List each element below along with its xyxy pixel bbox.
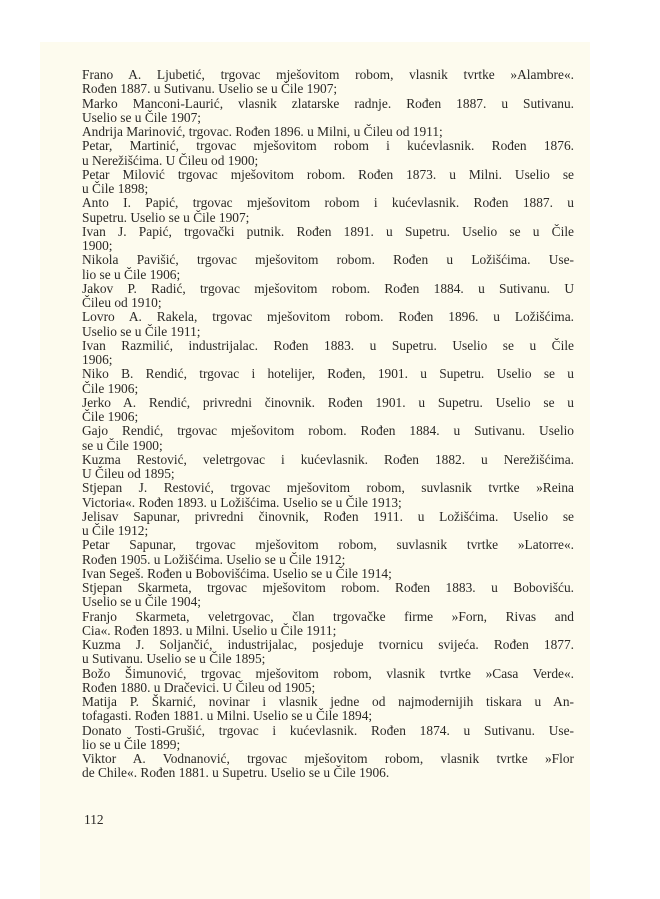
- entry-line: Lovro A. Rakela, trgovac mješovitom robo…: [82, 310, 574, 324]
- entry-paragraph: Kuzma J. Soljančić, industrijalac, posje…: [82, 638, 574, 667]
- entry-paragraph: Matija P. Škarnić, novinar i vlasnik jed…: [82, 695, 574, 724]
- entry-line: Matija P. Škarnić, novinar i vlasnik jed…: [82, 695, 574, 709]
- entry-line: tofagasti. Rođen 1881. u Milni. Uselio s…: [82, 709, 574, 723]
- entry-paragraph: Petar Sapunar, trgovac mješovitom robom,…: [82, 538, 574, 567]
- entry-line: 1900;: [82, 239, 574, 253]
- entry-line: Kuzma Restović, veletrgovac i kućevlasni…: [82, 453, 574, 467]
- entry-paragraph: Donato Tosti-Grušić, trgovac i kućevlasn…: [82, 724, 574, 753]
- entry-line: Čileu od 1910;: [82, 296, 574, 310]
- entry-line: Jerko A. Rendić, privredni činovnik. Rođ…: [82, 396, 574, 410]
- entry-line: Stjepan J. Restović, trgovac mješovitom …: [82, 481, 574, 495]
- entry-line: Nikola Pavišić, trgovac mješovitom robom…: [82, 253, 574, 267]
- entry-line: Ivan Segeš. Rođen u Bobovišćima. Uselio …: [82, 567, 574, 581]
- entry-line: Jakov P. Radić, trgovac mješovitom robom…: [82, 282, 574, 296]
- entry-line: 1906;: [82, 353, 574, 367]
- entry-paragraph: Frano A. Ljubetić, trgovac mješovitom ro…: [82, 68, 574, 97]
- entry-line: Supetru. Uselio se u Čile 1907;: [82, 211, 574, 225]
- entry-line: Petar Milović trgovac mješovitom robom. …: [82, 168, 574, 182]
- entry-paragraph: Nikola Pavišić, trgovac mješovitom robom…: [82, 253, 574, 282]
- entry-line: u Čile 1912;: [82, 524, 574, 538]
- entry-paragraph: Jakov P. Radić, trgovac mješovitom robom…: [82, 282, 574, 311]
- entry-line: Rođen 1880. u Dračevici. U Čileu od 1905…: [82, 681, 574, 695]
- entry-line: u Čile 1898;: [82, 182, 574, 196]
- entry-paragraph: Anto I. Papić, trgovac mješovitom robom …: [82, 196, 574, 225]
- entry-paragraph: Marko Manconi-Laurić, vlasnik zlatarske …: [82, 97, 574, 126]
- entry-line: Andrija Marinović, trgovac. Rođen 1896. …: [82, 125, 574, 139]
- entry-paragraph: Lovro A. Rakela, trgovac mješovitom robo…: [82, 310, 574, 339]
- entry-line: Victoria«. Rođen 1893. u Ložišćima. Usel…: [82, 496, 574, 510]
- entry-paragraph: Viktor A. Vodnanović, trgovac mješovitom…: [82, 752, 574, 781]
- entry-line: Marko Manconi-Laurić, vlasnik zlatarske …: [82, 97, 574, 111]
- entry-line: Anto I. Papić, trgovac mješovitom robom …: [82, 196, 574, 210]
- entry-line: Rođen 1905. u Ložišćima. Uselio se u Čil…: [82, 553, 574, 567]
- entry-line: Jelisav Sapunar, privredni činovnik, Rođ…: [82, 510, 574, 524]
- entry-paragraph: Gajo Rendić, trgovac mješovitom robom. R…: [82, 424, 574, 453]
- entry-paragraph: Andrija Marinović, trgovac. Rođen 1896. …: [82, 125, 574, 139]
- entry-paragraph: Ivan Segeš. Rođen u Bobovišćima. Uselio …: [82, 567, 574, 581]
- entry-line: u Nerežišćima. U Čileu od 1900;: [82, 154, 574, 168]
- entry-paragraph: Kuzma Restović, veletrgovac i kućevlasni…: [82, 453, 574, 482]
- entry-line: Ivan Razmilić, industrijalac. Rođen 1883…: [82, 339, 574, 353]
- entry-line: Kuzma J. Soljančić, industrijalac, posje…: [82, 638, 574, 652]
- entry-paragraph: Niko B. Rendić, trgovac i hotelijer, Rođ…: [82, 367, 574, 396]
- entry-line: Stjepan Skarmeta, trgovac mješovitom rob…: [82, 581, 574, 595]
- entry-line: lio se u Čile 1899;: [82, 738, 574, 752]
- entry-line: Petar Sapunar, trgovac mješovitom robom,…: [82, 538, 574, 552]
- entry-line: Franjo Skarmeta, veletrgovac, član trgov…: [82, 610, 574, 624]
- entry-line: Čile 1906;: [82, 410, 574, 424]
- entry-paragraph: Jelisav Sapunar, privredni činovnik, Rođ…: [82, 510, 574, 539]
- entry-line: Uselio se u Čile 1904;: [82, 595, 574, 609]
- entry-paragraph: Stjepan Skarmeta, trgovac mješovitom rob…: [82, 581, 574, 610]
- entry-line: Frano A. Ljubetić, trgovac mješovitom ro…: [82, 68, 574, 82]
- entry-line: Božo Šimunović, trgovac mješovitom robom…: [82, 667, 574, 681]
- entry-line: Cia«. Rođen 1893. u Milni. Uselio u Čile…: [82, 624, 574, 638]
- entry-line: Niko B. Rendić, trgovac i hotelijer, Rođ…: [82, 367, 574, 381]
- entry-line: U Čileu od 1895;: [82, 467, 574, 481]
- entry-line: Čile 1906;: [82, 382, 574, 396]
- entry-list: Frano A. Ljubetić, trgovac mješovitom ro…: [82, 68, 574, 781]
- entry-paragraph: Stjepan J. Restović, trgovac mješovitom …: [82, 481, 574, 510]
- page-number: 112: [84, 812, 104, 828]
- entry-paragraph: Jerko A. Rendić, privredni činovnik. Rođ…: [82, 396, 574, 425]
- entry-paragraph: Ivan Razmilić, industrijalac. Rođen 1883…: [82, 339, 574, 368]
- entry-line: lio se u Čile 1906;: [82, 268, 574, 282]
- entry-line: u Sutivanu. Uselio se u Čile 1895;: [82, 652, 574, 666]
- entry-line: Gajo Rendić, trgovac mješovitom robom. R…: [82, 424, 574, 438]
- entry-line: de Chile«. Rođen 1881. u Supetru. Uselio…: [82, 766, 574, 780]
- entry-paragraph: Petar Milović trgovac mješovitom robom. …: [82, 168, 574, 197]
- entry-line: Viktor A. Vodnanović, trgovac mješovitom…: [82, 752, 574, 766]
- entry-line: se u Čile 1900;: [82, 439, 574, 453]
- entry-line: Donato Tosti-Grušić, trgovac i kućevlasn…: [82, 724, 574, 738]
- entry-line: Uselio se u Čile 1907;: [82, 111, 574, 125]
- entry-paragraph: Božo Šimunović, trgovac mješovitom robom…: [82, 667, 574, 696]
- entry-line: Ivan J. Papić, trgovački putnik. Rođen 1…: [82, 225, 574, 239]
- entry-line: Rođen 1887. u Sutivanu. Uselio se u Čile…: [82, 82, 574, 96]
- entry-paragraph: Petar, Martinić, trgovac mješovitom robo…: [82, 139, 574, 168]
- entry-line: Petar, Martinić, trgovac mješovitom robo…: [82, 139, 574, 153]
- entry-line: Uselio se u Čile 1911;: [82, 325, 574, 339]
- entry-paragraph: Ivan J. Papić, trgovački putnik. Rođen 1…: [82, 225, 574, 254]
- entry-paragraph: Franjo Skarmeta, veletrgovac, član trgov…: [82, 610, 574, 639]
